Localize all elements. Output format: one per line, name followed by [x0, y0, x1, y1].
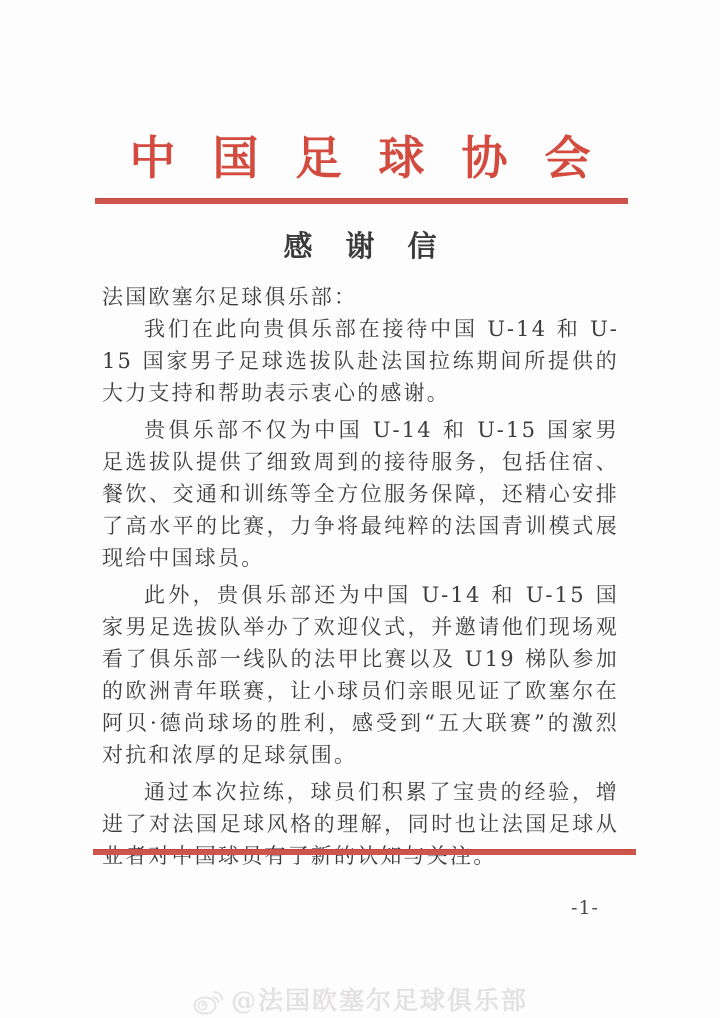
letter-title: 感谢信: [0, 224, 720, 265]
paragraph-4: 通过本次拉练，球员们积累了宝贵的经验，增进了对法国足球风格的理解，同时也让法国足…: [102, 776, 619, 872]
page-number: -1-: [540, 897, 630, 919]
watermark-text: @法国欧塞尔足球俱乐部: [231, 981, 528, 1017]
paragraph-3: 此外，贵俱乐部还为中国 U-14 和 U-15 国家男足选拔队举办了欢迎仪式，并…: [102, 579, 619, 771]
footer-rule: [93, 850, 636, 855]
letter-page: 中国足球协会 感谢信 法国欧塞尔足球俱乐部： 我们在此向贵俱乐部在接待中国 U-…: [0, 0, 720, 1018]
salutation: 法国欧塞尔足球俱乐部：: [102, 281, 619, 313]
letterhead-title: 中国足球协会: [0, 122, 720, 188]
paragraph-2: 贵俱乐部不仅为中国 U-14 和 U-15 国家男足选拔队提供了细致周到的接待服…: [102, 414, 619, 574]
letterhead-rule: [95, 199, 628, 204]
weibo-icon: [192, 985, 224, 1017]
watermark: @法国欧塞尔足球俱乐部: [0, 981, 720, 1017]
paragraph-1: 我们在此向贵俱乐部在接待中国 U-14 和 U-15 国家男子足球选拔队赴法国拉…: [102, 313, 619, 409]
letter-body: 法国欧塞尔足球俱乐部： 我们在此向贵俱乐部在接待中国 U-14 和 U-15 国…: [102, 281, 619, 877]
